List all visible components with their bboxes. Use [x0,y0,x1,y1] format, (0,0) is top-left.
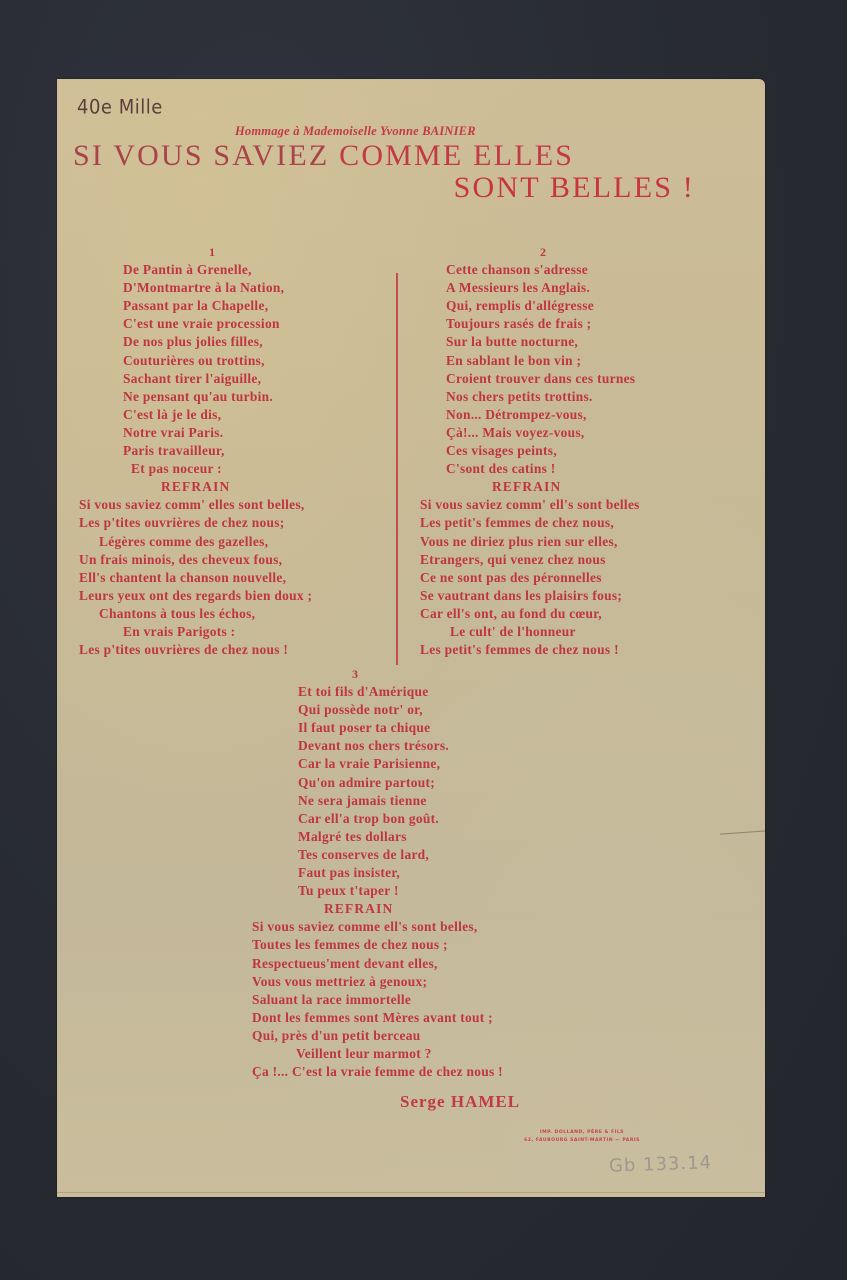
column-divider [396,273,398,665]
refrain-line: Légères comme des gazelles, [79,533,399,551]
verse-number: 3 [252,665,582,683]
verse-line: Croient trouver dans ces turnes [420,370,740,388]
handwritten-edition-note: 40e Mille [77,96,163,119]
refrain-line: Car ell's ont, au fond du cœur, [420,605,740,623]
refrain-line: Saluant la race immortelle [252,991,582,1009]
verse-line: Ces visages peints, [420,442,740,460]
refrain-line: Vous ne diriez plus rien sur elles, [420,533,740,551]
verse-line: Sachant tirer l'aiguille, [79,370,399,388]
paper-tear [720,830,765,836]
refrain-line: Etrangers, qui venez chez nous [420,551,740,569]
refrain-line: Les p'tites ouvrières de chez nous; [79,514,399,532]
verse-line: Notre vrai Paris. [79,424,399,442]
author-credit: Serge HAMEL [400,1092,520,1112]
title-part-2: COMME ELLES [339,139,574,172]
verse-line: Tu peux t'taper ! [252,882,582,900]
refrain-line: Dont les femmes sont Mères avant tout ; [252,1009,582,1027]
verse-line: Ne sera jamais tienne [252,792,582,810]
verse-line: Couturières ou trottins, [79,352,399,370]
verse-line: De Pantin à Grenelle, [79,261,399,279]
verse-line: Et toi fils d'Amérique [252,683,582,701]
verse-line: Malgré tes dollars [252,828,582,846]
verse-line: C'est là je le dis, [79,406,399,424]
pencil-shelfmark: Gb 133.14 [609,1152,713,1177]
refrain-line: Les p'tites ouvrières de chez nous ! [79,641,399,659]
verse-line: Cette chanson s'adresse [420,261,740,279]
dedication: Hommage à Mademoiselle Yvonne BAINIER [235,124,476,139]
verse-line: Ne pensant qu'au turbin. [79,388,399,406]
verse-line: C'est une vraie procession [79,315,399,333]
verse-line: De nos plus jolies filles, [79,333,399,351]
refrain-line: Les petit's femmes de chez nous ! [420,641,740,659]
refrain-line: Ce ne sont pas des péronnelles [420,569,740,587]
verse-line: Paris travailleur, [79,442,399,460]
verse-line: Toujours rasés de frais ; [420,315,740,333]
refrain-line: Toutes les femmes de chez nous ; [252,936,582,954]
refrain-line: Veillent leur marmot ? [252,1045,582,1063]
verse-line: A Messieurs les Anglais. [420,279,740,297]
title-line-2: SONT BELLES ! [454,171,695,205]
song-sheet: 40e Mille Hommage à Mademoiselle Yvonne … [57,79,765,1197]
paper-fold [57,1192,765,1193]
refrain-line: Vous vous mettriez à genoux; [252,973,582,991]
verse-line: Faut pas insister, [252,864,582,882]
refrain-line: Qui, près d'un petit berceau [252,1027,582,1045]
verse-number: 2 [420,243,740,261]
refrain-line: Se vautrant dans les plaisirs fous; [420,587,740,605]
verse-3: 3Et toi fils d'AmériqueQui possède notr'… [252,665,582,1081]
verse-line: Sur la butte nocturne, [420,333,740,351]
refrain-label: REFRAIN [79,478,399,496]
refrain-line: Respectueus'ment devant elles, [252,955,582,973]
refrain-line: Si vous saviez comm' ell's sont belles [420,496,740,514]
refrain-line: Si vous saviez comme ell's sont belles, [252,918,582,936]
printer-line-1: IMP. DOLLAND, PÈRE & FILS [502,1129,662,1137]
verse-line: Qui, remplis d'allégresse [420,297,740,315]
verse-line: En sablant le bon vin ; [420,352,740,370]
verse-line: Tes conserves de lard, [252,846,582,864]
title-part-1: SI VOUS SAVIEZ [73,139,329,172]
verse-line: C'sont des catins ! [420,460,740,478]
verse-line: Car ell'a trop bon goût. [252,810,582,828]
verse-line: Qu'on admire partout; [252,774,582,792]
verse-line: Il faut poser ta chique [252,719,582,737]
verse-2: 2Cette chanson s'adresseA Messieurs les … [420,243,740,659]
verse-line: Nos chers petits trottins. [420,388,740,406]
refrain-line: Si vous saviez comm' elles sont belles, [79,496,399,514]
printer-line-2: 62, FAUBOURG SAINT-MARTIN — PARIS [502,1137,662,1145]
refrain-line: Un frais minois, des cheveux fous, [79,551,399,569]
verse-number: 1 [79,243,399,261]
refrain-line: Les petit's femmes de chez nous, [420,514,740,532]
verse-line: Car la vraie Parisienne, [252,755,582,773]
verse-line: Qui possède notr' or, [252,701,582,719]
verse-line: Passant par la Chapelle, [79,297,399,315]
refrain-line: Ça !... C'est la vraie femme de chez nou… [252,1063,582,1081]
refrain-line: Le cult' de l'honneur [420,623,740,641]
verse-1: 1De Pantin à Grenelle,D'Montmartre à la … [79,243,399,659]
refrain-line: Chantons à tous les échos, [79,605,399,623]
refrain-line: Ell's chantent la chanson nouvelle, [79,569,399,587]
verse-line: Çà!... Mais voyez-vous, [420,424,740,442]
refrain-line: Leurs yeux ont des regards bien doux ; [79,587,399,605]
refrain-label: REFRAIN [420,478,740,496]
verse-line: D'Montmartre à la Nation, [79,279,399,297]
refrain-label: REFRAIN [252,900,582,918]
verse-line: Devant nos chers trésors. [252,737,582,755]
title-line-1: SI VOUS SAVIEZ COMME ELLES [73,139,698,173]
refrain-line: En vrais Parigots : [79,623,399,641]
verse-line: Non... Détrompez-vous, [420,406,740,424]
verse-line: Et pas noceur : [79,460,399,478]
printer-imprint: IMP. DOLLAND, PÈRE & FILS 62, FAUBOURG S… [502,1129,662,1145]
